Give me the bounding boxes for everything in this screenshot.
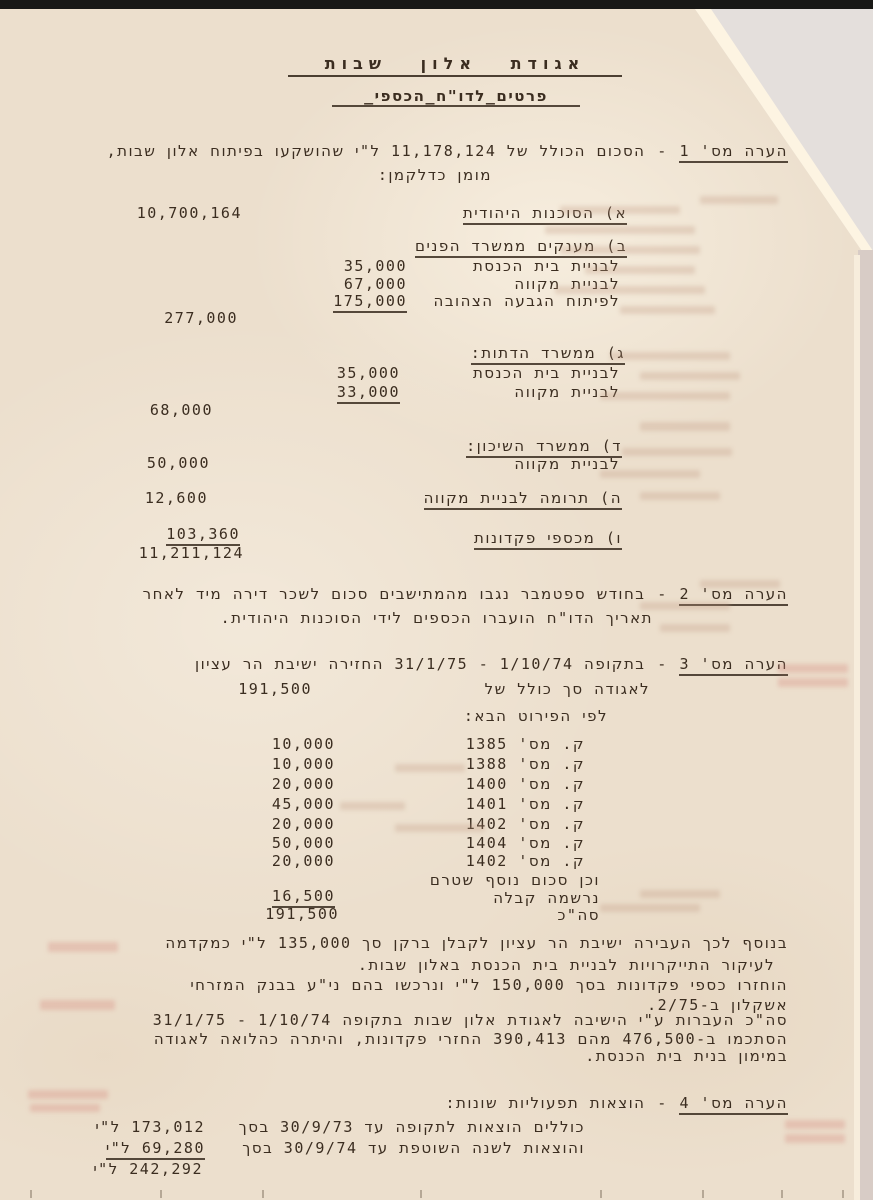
note4-row-label: והוצאות לשנה השוטפת עד 30/9/74 בסך: [242, 1140, 585, 1156]
note1-text-line1: הסכום הכולל של 11,178,124 ל"י שהושקעו בפ…: [107, 142, 646, 160]
section-e-amount: 12,600: [128, 490, 208, 506]
note3-paragraph-line: במימון בנית בית הכנסת.: [585, 1048, 788, 1064]
note3-paragraph-line: בנוסף לכך העבירה ישיבת הר עציון לקבלן בר…: [165, 935, 788, 951]
bleed-through-mark: [600, 904, 700, 912]
note3-more-amount: 16,500: [250, 888, 335, 904]
note3-total-label: סה"כ: [558, 907, 601, 923]
section-b-row-label: לפיתוח הגבעה הצהובה: [434, 293, 620, 309]
bleed-through-mark: [640, 372, 740, 380]
receipt-row-label: ק. מס' 1402: [466, 853, 585, 869]
note3-header: הערה מס' 3: [679, 655, 788, 676]
underlined-amount: 103,360: [166, 525, 240, 546]
note3-total-amount: 191,500: [244, 906, 339, 922]
bleed-through-mark: [560, 246, 700, 254]
bleed-through-mark: [340, 802, 405, 810]
scan-dust-mark: [30, 1190, 32, 1198]
receipt-row-label: ק. מס' 1400: [466, 776, 585, 792]
receipt-row-label: ק. מס' 1401: [466, 796, 585, 812]
receipt-row-amount: 50,000: [250, 835, 335, 851]
section-b-total: 277,000: [146, 310, 238, 326]
note4-header: הערה מס' 4: [679, 1094, 788, 1115]
dash-separator: -: [645, 143, 679, 159]
receipt-row-label: ק. מס' 1404: [466, 835, 585, 851]
bleed-through-mark: [30, 1104, 100, 1112]
bleed-through-mark: [600, 470, 700, 478]
section-a-amount: 10,700,164: [130, 205, 242, 221]
scan-top-edge: [0, 0, 873, 9]
receipt-row-amount: 10,000: [250, 756, 335, 772]
section-c-label-text: ג) ממשרד הדתות:: [471, 344, 625, 365]
note3-paragraph-line: לעיקור התייקרויות לבניית בית הכנסת באלון…: [358, 957, 775, 973]
underlined-amount: 69,280 ל"י: [106, 1139, 205, 1160]
scan-dust-mark: [702, 1190, 704, 1198]
bleed-through-mark: [785, 1120, 845, 1129]
dash-separator: -: [645, 586, 679, 602]
bleed-through-mark: [585, 266, 695, 274]
section-c-label: ג) ממשרד הדתות:: [471, 345, 625, 361]
section-f-label-text: ו) מכספי פקדונות: [474, 529, 622, 550]
note3-paragraph-line: הסתכמו ב-476,500 מהם 390,413 החזרי פקדונ…: [154, 1031, 788, 1047]
receipt-row-amount: 20,000: [250, 816, 335, 832]
bleed-through-mark: [545, 226, 695, 234]
section-d-row-amount: 50,000: [130, 455, 210, 471]
bleed-through-mark: [785, 1134, 845, 1143]
bleed-through-mark: [640, 602, 730, 610]
bleed-through-mark: [778, 664, 848, 673]
note4-row-label: כוללים הוצאות לתקופה עד 30/9/73 בסך: [239, 1119, 585, 1135]
note3-line2-amount: 191,500: [222, 681, 312, 697]
bleed-through-mark: [700, 580, 780, 588]
note3-text-line3: לפי הפירוט הבא:: [464, 708, 608, 724]
scan-dust-mark: [262, 1190, 264, 1198]
note1-text-line2: מומן כדלקמן:: [378, 167, 492, 183]
note3-text-line1: בתקופה 1/10/74 - 31/1/75 החזירה ישיבת הר…: [195, 655, 646, 673]
bleed-through-mark: [660, 624, 730, 632]
scanned-document-page: אגודת אלון שבות פרטים_לדו"ח_הכספי_ הערה …: [0, 0, 873, 1200]
bleed-through-mark: [555, 286, 705, 294]
bleed-through-mark: [610, 352, 730, 360]
section-e-label-text: ה) תרומה לבניית מקווה: [424, 489, 622, 510]
section-c-row-amount: 33,000: [292, 384, 400, 400]
note4-title: הוצאות תפעוליות שונות:: [445, 1094, 645, 1112]
underlined-amount: 33,000: [337, 383, 400, 404]
section-c-row-amount: 35,000: [292, 365, 400, 381]
scan-dust-mark: [781, 1190, 783, 1198]
note4-total-amount: 242,292 ל"י: [55, 1161, 203, 1177]
bleed-through-mark: [395, 764, 465, 772]
scan-dust-mark: [842, 1190, 844, 1198]
note3-paragraph-line: סה"כ העברות ע"י הישיבה לאגודת אלון שבות …: [153, 1012, 788, 1028]
receipt-row-amount: 20,000: [250, 853, 335, 869]
receipt-row-label: ק. מס' 1388: [466, 756, 585, 772]
paper-right-edge-highlight: [854, 255, 860, 1200]
scan-right-edge: [858, 250, 873, 1200]
note3-more-line2: נרשמה קבלה: [493, 890, 600, 906]
bleed-through-mark: [778, 678, 848, 687]
section-c-row-label: לבניית בית הכנסת: [473, 365, 620, 381]
bleed-through-mark: [700, 196, 778, 204]
bleed-through-mark: [622, 448, 732, 456]
bleed-through-mark: [48, 942, 118, 952]
section-c-total: 68,000: [133, 402, 213, 418]
note3-text-line2: לאגודה סך כולל של: [485, 681, 650, 697]
section-e-label: ה) תרומה לבניית מקווה: [424, 490, 622, 506]
receipt-row-amount: 45,000: [250, 796, 335, 812]
section-d-label: ד) ממשרד השיכון:: [466, 438, 622, 454]
dash-separator: -: [645, 656, 679, 672]
scan-dust-mark: [420, 1190, 422, 1198]
bleed-through-mark: [620, 306, 715, 314]
document-subtitle: פרטים_לדו"ח_הכספי_: [332, 88, 580, 107]
bleed-through-mark: [640, 890, 720, 898]
note1-header: הערה מס' 1: [679, 142, 788, 163]
note2-text-line1: בחודש ספטמבר נגבו מהמתישבים סכום לשכר די…: [143, 585, 646, 603]
scan-dust-mark: [600, 1190, 602, 1198]
bleed-through-mark: [560, 206, 680, 214]
receipt-row-label: ק. מס' 1385: [466, 736, 585, 752]
section-b-row-amount: 175,000: [299, 293, 407, 309]
note3-more-line1: וכן סכום נוסף שטרם: [430, 872, 600, 888]
note4-row-amount: 173,012 ל"י: [62, 1119, 205, 1135]
bleed-through-mark: [640, 492, 720, 500]
note3-paragraph-line: הוחזרו כספי פקדונות בסך 150,000 ל"י ונרכ…: [190, 977, 788, 993]
section-b-row-amount: 67,000: [299, 276, 407, 292]
note1-header-line: הערה מס' 1-הסכום הכולל של 11,178,124 ל"י…: [107, 143, 788, 159]
note2-header-line: הערה מס' 2-בחודש ספטמבר נגבו מהמתישבים ס…: [143, 586, 788, 602]
document-title: אגודת אלון שבות: [288, 56, 622, 77]
bleed-through-mark: [395, 824, 485, 832]
bleed-through-mark: [40, 1000, 115, 1010]
scan-dust-mark: [160, 1190, 162, 1198]
bleed-through-mark: [28, 1090, 108, 1099]
note1-grand-total: 11,211,124: [126, 545, 244, 561]
receipt-row-amount: 10,000: [250, 736, 335, 752]
section-f-amount: 103,360: [148, 526, 240, 542]
note4-header-line: הערה מס' 4-הוצאות תפעוליות שונות:: [445, 1095, 788, 1111]
underlined-amount: 175,000: [333, 292, 407, 313]
note2-text-line2: תאריך הדו"ח הועברו הכספים לידי הסוכנות ה…: [221, 610, 653, 626]
section-b-row-amount: 35,000: [299, 258, 407, 274]
bleed-through-mark: [640, 422, 730, 431]
dash-separator: -: [645, 1095, 679, 1111]
note3-header-line: הערה מס' 3-בתקופה 1/10/74 - 31/1/75 החזי…: [195, 656, 788, 672]
note4-row-amount: 69,280 ל"י: [62, 1140, 205, 1156]
receipt-row-amount: 20,000: [250, 776, 335, 792]
section-f-label: ו) מכספי פקדונות: [474, 530, 622, 546]
bleed-through-mark: [600, 392, 730, 400]
